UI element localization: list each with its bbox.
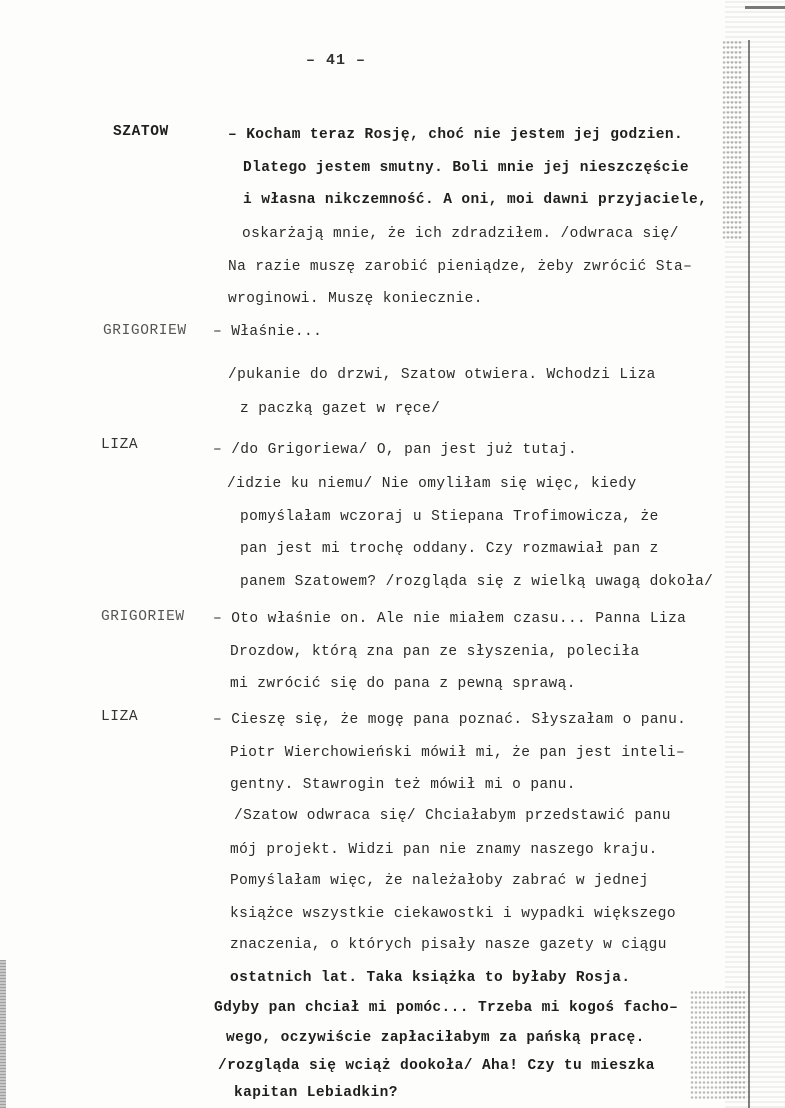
dialogue-line: pan jest mi trochę oddany. Czy rozmawiał… xyxy=(240,541,659,557)
speaker-name: GRIGORIEW xyxy=(101,609,185,625)
dialogue-line: książce wszystkie ciekawostki i wypadki … xyxy=(230,906,676,922)
stage-direction: /pukanie do drzwi, Szatow otwiera. Wchod… xyxy=(228,367,656,383)
dialogue-line: Piotr Wierchowieński mówił mi, że pan je… xyxy=(230,745,685,761)
speaker-name: LIZA xyxy=(101,709,138,725)
dialogue-line: panem Szatowem? /rozgląda się z wielką u… xyxy=(240,574,713,590)
dialogue-line: Drozdow, którą zna pan ze słyszenia, pol… xyxy=(230,644,640,660)
page-corner-mark xyxy=(745,6,785,9)
dialogue-line: i własna nikczemność. A oni, moi dawni p… xyxy=(243,192,707,208)
scan-speckle xyxy=(722,180,742,240)
dialogue-line: – Kocham teraz Rosję, choć nie jestem je… xyxy=(228,127,683,143)
scan-speckle xyxy=(690,990,745,1100)
page-edge-line xyxy=(748,40,750,1108)
speaker-name: LIZA xyxy=(101,437,138,453)
dialogue-line: – Cieszę się, że mogę pana poznać. Słysz… xyxy=(213,712,686,728)
scan-speckle xyxy=(722,40,742,180)
stage-direction: z paczką gazet w ręce/ xyxy=(240,401,440,417)
dialogue-line: /idzie ku niemu/ Nie omyliłam się więc, … xyxy=(227,476,637,492)
dialogue-line: – Właśnie... xyxy=(213,324,322,340)
dialogue-line: oskarżają mnie, że ich zdradziłem. /odwr… xyxy=(242,226,679,242)
dialogue-line: ostatnich lat. Taka książka to byłaby Ro… xyxy=(230,970,630,986)
scan-left-edge xyxy=(0,960,6,1108)
dialogue-line: pomyślałam wczoraj u Stiepana Trofimowic… xyxy=(240,509,659,525)
dialogue-line: wroginowi. Muszę koniecznie. xyxy=(228,291,483,307)
dialogue-line: kapitan Lebiadkin? xyxy=(234,1085,398,1101)
typewritten-page: – 41 – SZATOW – Kocham teraz Rosję, choć… xyxy=(0,0,785,1108)
dialogue-line: Gdyby pan chciał mi pomóc... Trzeba mi k… xyxy=(214,1000,678,1016)
speaker-name: GRIGORIEW xyxy=(103,323,187,339)
dialogue-line: wego, oczywiście zapłaciłabym za pańską … xyxy=(226,1030,645,1046)
dialogue-line: mój projekt. Widzi pan nie znamy naszego… xyxy=(230,842,658,858)
dialogue-line: gentny. Stawrogin też mówił mi o panu. xyxy=(230,777,576,793)
dialogue-line: Na razie muszę zarobić pieniądze, żeby z… xyxy=(228,259,692,275)
dialogue-line: /Szatow odwraca się/ Chciałabym przedsta… xyxy=(234,808,671,824)
dialogue-line: znaczenia, o których pisały nasze gazety… xyxy=(230,937,667,953)
speaker-name: SZATOW xyxy=(113,124,169,140)
dialogue-line: /rozgląda się wciąż dookoła/ Aha! Czy tu… xyxy=(218,1058,655,1074)
dialogue-line: Dlatego jestem smutny. Boli mnie jej nie… xyxy=(243,160,689,176)
dialogue-line: Pomyślałam więc, że należałoby zabrać w … xyxy=(230,873,649,889)
dialogue-line: – /do Grigoriewa/ O, pan jest już tutaj. xyxy=(213,442,577,458)
dialogue-line: – Oto właśnie on. Ale nie miałem czasu..… xyxy=(213,611,686,627)
page-number: – 41 – xyxy=(306,52,366,69)
dialogue-line: mi zwrócić się do pana z pewną sprawą. xyxy=(230,676,576,692)
